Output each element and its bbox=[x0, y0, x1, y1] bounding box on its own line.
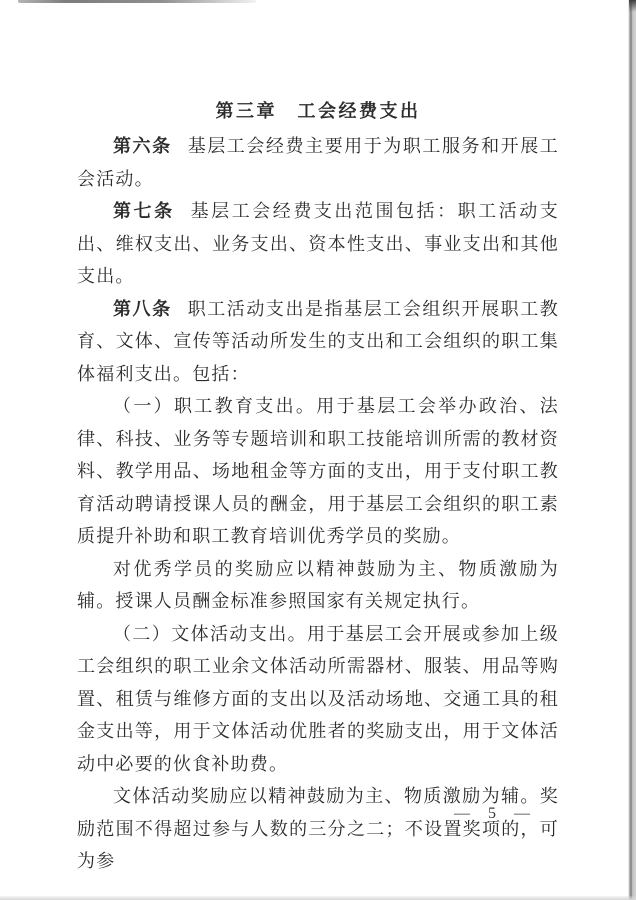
article-6-number: 第六条 bbox=[113, 136, 172, 156]
scan-shadow-top bbox=[18, 0, 256, 3]
chapter-heading: 第三章 工会经费支出 bbox=[77, 95, 559, 128]
paragraph-item-1-education-expense: （一）职工教育支出。用于基层工会举办政治、法律、科技、业务等专题培训和职工技能培… bbox=[77, 390, 559, 553]
article-8-number: 第八条 bbox=[113, 299, 172, 319]
page-number: — 5 — bbox=[454, 805, 537, 823]
scanned-document-page: 第三章 工会经费支出 第六条基层工会经费主要用于为职工服务和开展工会活动。 第七… bbox=[0, 0, 636, 900]
scan-shadow-bottom bbox=[0, 896, 636, 900]
article-7-number: 第七条 bbox=[113, 201, 175, 221]
scan-shadow-right bbox=[628, 0, 636, 900]
paragraph-article-8: 第八条职工活动支出是指基层工会组织开展职工教育、文体、宣传等活动所发生的支出和工… bbox=[77, 293, 559, 391]
paragraph-item-2-culture-sports-expense: （二）文体活动支出。用于基层工会开展或参加上级工会组织的职工业余文体活动所需器材… bbox=[77, 618, 559, 781]
document-body: 第三章 工会经费支出 第六条基层工会经费主要用于为职工服务和开展工会活动。 第七… bbox=[77, 95, 559, 878]
scan-shadow-top-right-corner bbox=[629, 0, 636, 12]
paragraph-article-7: 第七条基层工会经费支出范围包括：职工活动支出、维权支出、业务支出、资本性支出、事… bbox=[77, 195, 559, 293]
paragraph-article-6: 第六条基层工会经费主要用于为职工服务和开展工会活动。 bbox=[77, 130, 559, 195]
paragraph-culture-reward-note: 文体活动奖励应以精神鼓励为主、物质激励为辅。奖励范围不得超过参与人数的三分之二；… bbox=[77, 780, 559, 878]
paragraph-education-reward-note: 对优秀学员的奖励应以精神鼓励为主、物质激励为辅。授课人员酬金标准参照国家有关规定… bbox=[77, 553, 559, 618]
